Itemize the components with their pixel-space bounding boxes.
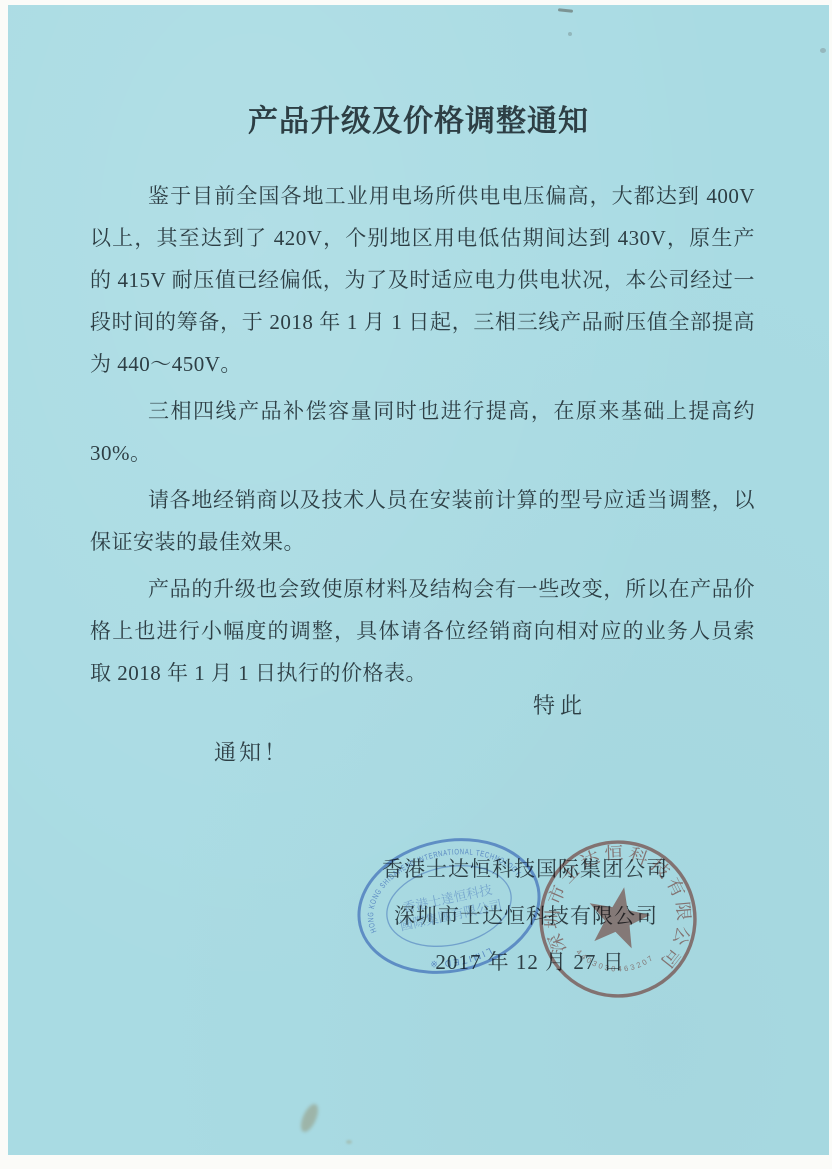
- round-red-seal: 深圳市士达恒科技有限公司 4403030463207: [532, 833, 705, 1006]
- paragraph-dealer-adjustment: 请各地经销商以及技术人员在安装前计算的型号应适当调整，以保证安装的最佳效果。: [90, 479, 755, 563]
- notice-content: 产品升级及价格调整通知 鉴于目前全国各地工业用电场所供电电压偏高，大都达到 40…: [8, 5, 829, 1155]
- paragraph-voltage-increase: 鉴于目前全国各地工业用电场所供电电压偏高，大都达到 400V 以上，其至达到了 …: [90, 175, 755, 385]
- paragraph-price-adjustment: 产品的升级也会致使原材料及结构会有一些改变，所以在产品价格上也进行小幅度的调整，…: [90, 568, 755, 694]
- paragraph-capacity-increase: 三相四线产品补偿容量同时也进行提高，在原来基础上提高约 30%。: [90, 390, 755, 474]
- scan-stain: [346, 1140, 352, 1144]
- paper-sheet: 产品升级及价格调整通知 鉴于目前全国各地工业用电场所供电电压偏高，大都达到 40…: [8, 5, 829, 1155]
- notice-body: 鉴于目前全国各地工业用电场所供电电压偏高，大都达到 400V 以上，其至达到了 …: [90, 175, 755, 694]
- closing-hereby: 特此: [533, 689, 587, 720]
- scanned-notice-page: { "page": { "title": "产品升级及价格调整通知", "par…: [0, 0, 832, 1169]
- notice-title: 产品升级及价格调整通知: [8, 5, 829, 145]
- star-icon: [583, 881, 655, 950]
- round-seal-serial-number: 4403030463207: [573, 947, 657, 976]
- closing-notice: 通知！: [214, 736, 289, 767]
- scan-stain: [297, 1102, 321, 1135]
